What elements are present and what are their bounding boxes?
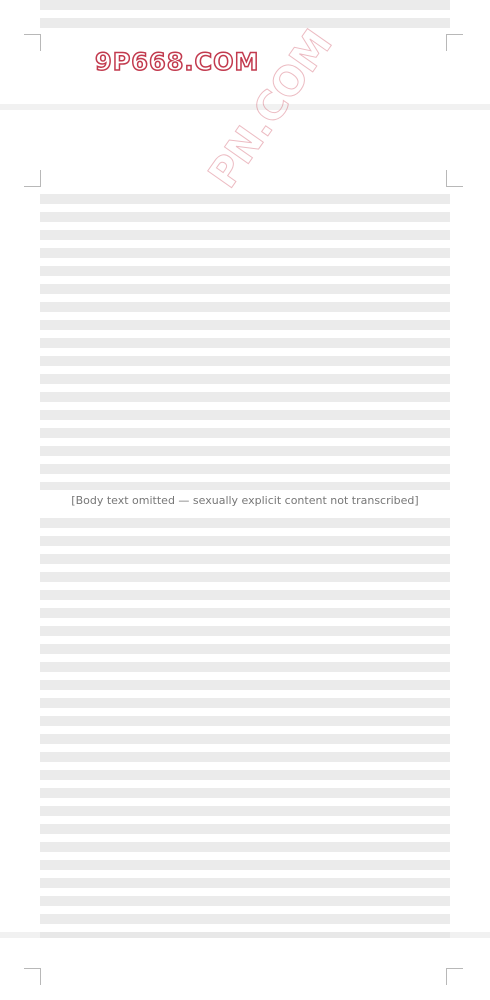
crop-mark — [446, 170, 463, 187]
crop-mark — [446, 34, 463, 51]
document-page-2: PN.COM [Body text omitted — sexually exp… — [0, 110, 490, 932]
crop-mark — [24, 968, 41, 985]
document-page-1: 9P668.COM — [0, 0, 490, 104]
site-watermark: 9P668.COM — [95, 48, 259, 76]
crop-mark — [24, 170, 41, 187]
document-page-3 — [0, 938, 490, 1000]
text-block-redacted — [40, 0, 450, 28]
crop-mark — [24, 34, 41, 51]
text-block-redacted — [40, 194, 450, 954]
content-omitted-notice: [Body text omitted — sexually explicit c… — [40, 490, 450, 511]
crop-mark — [446, 968, 463, 985]
